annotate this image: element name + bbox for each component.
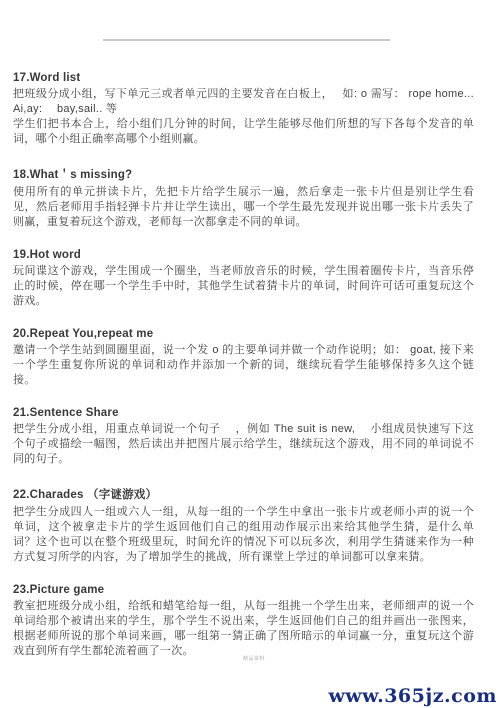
section-title: 22.Charades （字谜游戏） <box>13 486 474 502</box>
section-paragraph: 把学生分成小组，用重点单词说一个句子 ，例如 The suit is new, … <box>13 422 474 467</box>
section-title: 23.Picture game <box>13 584 474 596</box>
section-repeat-you-repeat-me: 20.Repeat You,repeat me 邀请一个学生站到圆圈里面，说一个… <box>13 328 474 388</box>
section-paragraph: 使用所有的单元拼读卡片，先把卡片给学生展示一遍，然后拿走一张卡片但是别让学生看见… <box>13 185 474 230</box>
section-title: 18.What＇s missing? <box>13 166 474 182</box>
document-content: 17.Word list 把班级分成小组，写下单元三或者单元四的主要发音在白板上… <box>13 72 474 678</box>
section-paragraph: 邀请一个学生站到圆圈里面，说一个发 o 的主要单词并做一个动作说明；如： goa… <box>13 343 474 388</box>
section-charades: 22.Charades （字谜游戏） 把学生分成四人一组或六人一组，从每一组的一… <box>13 486 474 565</box>
section-paragraph: 把班级分成小组，写下单元三或者单元四的主要发音在白板上， 如: o 需写： ro… <box>13 87 474 117</box>
section-paragraph: 学生们把书本合上，给小组们几分钟的时间，让学生能够尽他们所想的写下各每个发音的单… <box>13 117 474 147</box>
section-paragraph: 把学生分成四人一组或六人一组，从每一组的一个学生中拿出一张卡片或老师小声的说一个… <box>13 505 474 565</box>
section-word-list: 17.Word list 把班级分成小组，写下单元三或者单元四的主要发音在白板上… <box>13 72 474 147</box>
section-sentence-share: 21.Sentence Share 把学生分成小组，用重点单词说一个句子 ，例如… <box>13 407 474 467</box>
section-title: 21.Sentence Share <box>13 407 474 419</box>
section-paragraph: 教室把班级分成小组，给纸和蜡笔给每一组，从每一组挑一个学生出来，老师细声的说一个… <box>13 599 474 659</box>
section-title: 20.Repeat You,repeat me <box>13 328 474 340</box>
document-page: 17.Word list 把班级分成小组，写下单元三或者单元四的主要发音在白板上… <box>0 0 500 708</box>
section-hot-word: 19.Hot word 玩间谍这个游戏，学生围成一个圈坐，当老师放音乐的时候，学… <box>13 249 474 309</box>
top-divider <box>103 39 390 41</box>
section-whats-missing: 18.What＇s missing? 使用所有的单元拼读卡片，先把卡片给学生展示… <box>13 166 474 230</box>
footer-note: 精品资料 <box>243 655 265 662</box>
watermark-link[interactable]: www.365jz.com <box>328 685 497 707</box>
section-title: 17.Word list <box>13 72 474 84</box>
section-picture-game: 23.Picture game 教室把班级分成小组，给纸和蜡笔给每一组，从每一组… <box>13 584 474 659</box>
section-paragraph: 玩间谍这个游戏，学生围成一个圈坐，当老师放音乐的时候，学生围着圈传卡片，当音乐停… <box>13 264 474 309</box>
section-title: 19.Hot word <box>13 249 474 261</box>
